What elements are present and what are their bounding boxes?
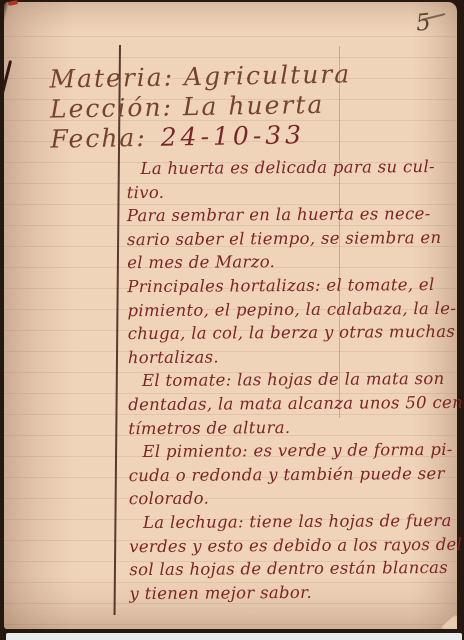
paragraph-sembrar: Para sembrar en la huerta es nece- sario… xyxy=(127,202,457,275)
handwriting-line: dentadas, la mata alcanza unos 50 cen- xyxy=(128,391,458,417)
under-surface xyxy=(6,633,462,640)
paragraph-pimiento: El pimiento: es verde y de forma pi- cud… xyxy=(128,438,458,511)
paragraph-tomate: El tomate: las hojas de la mata son dent… xyxy=(128,367,458,440)
paragraph-lechuga: La lechuga: tiene las hojas de fuera ver… xyxy=(129,509,460,606)
paragraph-cultivo: La huerta es delicada para su cul- tivo. xyxy=(126,155,456,204)
lesson-header: Materia: Agricultura Lección: La huerta … xyxy=(49,59,352,154)
handwriting-line: sario saber el tiempo, se siembra en xyxy=(127,226,457,252)
handwriting-line: cuda o redonda y también puede ser xyxy=(129,462,459,488)
paragraph-hortalizas: Principales hortalizas: el tomate, el pi… xyxy=(127,273,458,370)
lesson-title-line: Lección: La huerta xyxy=(50,89,352,124)
handwriting-line: sol las hojas de dentro están blancas xyxy=(129,556,459,582)
handwriting-line: colorado. xyxy=(129,485,459,511)
handwriting-line: Para sembrar en la huerta es nece- xyxy=(127,202,457,228)
notebook-photo: 5 Materia: Agricultura Lección: La huert… xyxy=(0,0,464,640)
date-line: Fecha:24-10-33 xyxy=(50,119,352,154)
handwriting-line: y tienen mejor sabor. xyxy=(129,580,459,606)
handwriting-line: el mes de Marzo. xyxy=(127,249,457,275)
handwriting-line: Principales hortalizas: el tomate, el xyxy=(127,273,457,299)
date-value: 24-10-33 xyxy=(160,120,305,152)
handwriting-line: pimiento, el pepino, la calabaza, la le- xyxy=(127,296,457,322)
handwriting-line: La lechuga: tiene las hojas de fuera xyxy=(129,509,459,535)
handwriting-line: El pimiento: es verde y de forma pi- xyxy=(128,438,458,464)
handwriting-line: verdes y esto es debido a los rayos del xyxy=(129,532,459,558)
handwriting-line: La huerta es delicada para su cul- xyxy=(126,155,456,181)
lesson-body: La huerta es delicada para su cul- tivo.… xyxy=(126,155,459,606)
top-left-corner-wear xyxy=(0,0,26,120)
handwriting-line: El tomate: las hojas de la mata son xyxy=(128,367,458,393)
handwriting-line: chuga, la col, la berza y otras muchas xyxy=(128,320,458,346)
date-label: Fecha: xyxy=(50,123,147,154)
handwriting-line: hortalizas. xyxy=(128,344,458,370)
page-number: 5 xyxy=(415,9,433,36)
handwriting-line: tivo. xyxy=(127,178,457,204)
handwriting-line: tímetros de altura. xyxy=(128,414,458,440)
